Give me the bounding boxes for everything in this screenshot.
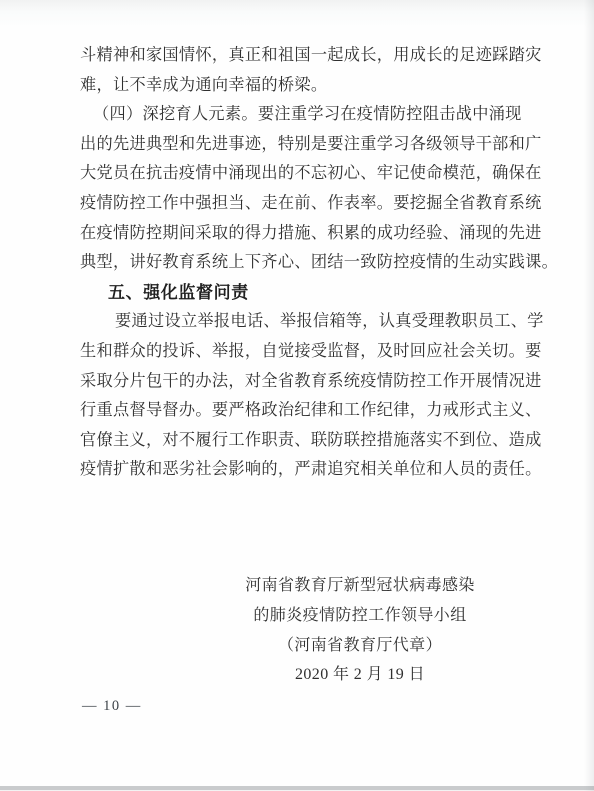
signature-line: 河南省教育厅新型冠状病毒感染 [160,571,560,601]
scanned-document-page: 斗精神和家国情怀，真正和祖国一起成长，用成长的足迹踩踏灾 难，让不幸成为通向幸福… [0,0,594,791]
page-number: — 10 — [82,698,142,715]
body-line: 斗精神和家国情怀，真正和祖国一起成长，用成长的足迹踩踏灾 [80,41,558,71]
section-heading: 五、强化监督问责 [80,278,558,308]
document-body: 斗精神和家国情怀，真正和祖国一起成长，用成长的足迹踩踏灾 难，让不幸成为通向幸福… [80,41,558,485]
signature-seal-note: （河南省教育厅代章） [160,631,560,661]
body-line: 疫情防控工作中强担当、走在前、作表率。要挖掘全省教育系统 [80,189,558,219]
body-line: 难，让不幸成为通向幸福的桥梁。 [80,71,558,101]
signature-line: 的肺炎疫情防控工作领导小组 [160,601,560,631]
body-line-paragraph-start: （四）深挖育人元素。要注重学习在疫情防控阻击战中涌现 [80,100,558,130]
body-line: 典型，讲好教育系统上下齐心、团结一致防控疫情的生动实践课。 [80,248,558,278]
body-line: 行重点督导督办。要严格政治纪律和工作纪律，力戒形式主义、 [80,396,558,426]
signature-block: 河南省教育厅新型冠状病毒感染 的肺炎疫情防控工作领导小组 （河南省教育厅代章） … [160,571,560,690]
body-line: 疫情扩散和恶劣社会影响的，严肃追究相关单位和人员的责任。 [80,455,558,485]
body-line: 采取分片包干的办法，对全省教育系统疫情防控工作开展情况进 [80,367,558,397]
signature-date: 2020 年 2 月 19 日 [160,660,560,690]
body-line: 出的先进典型和先进事迹，特别是要注重学习各级领导干部和广 [80,130,558,160]
body-line-paragraph-start: 要通过设立举报电话、举报信箱等，认真受理教职员工、学 [80,307,558,337]
body-line: 大党员在抗击疫情中涌现出的不忘初心、牢记使命模范，确保在 [80,159,558,189]
body-line: 在疫情防控期间采取的得力措施、积累的成功经验、涌现的先进 [80,219,558,249]
body-line: 官僚主义，对不履行工作职责、联防联控措施落实不到位、造成 [80,426,558,456]
body-line: 生和群众的投诉、举报，自觉接受监督，及时回应社会关切。要 [80,337,558,367]
